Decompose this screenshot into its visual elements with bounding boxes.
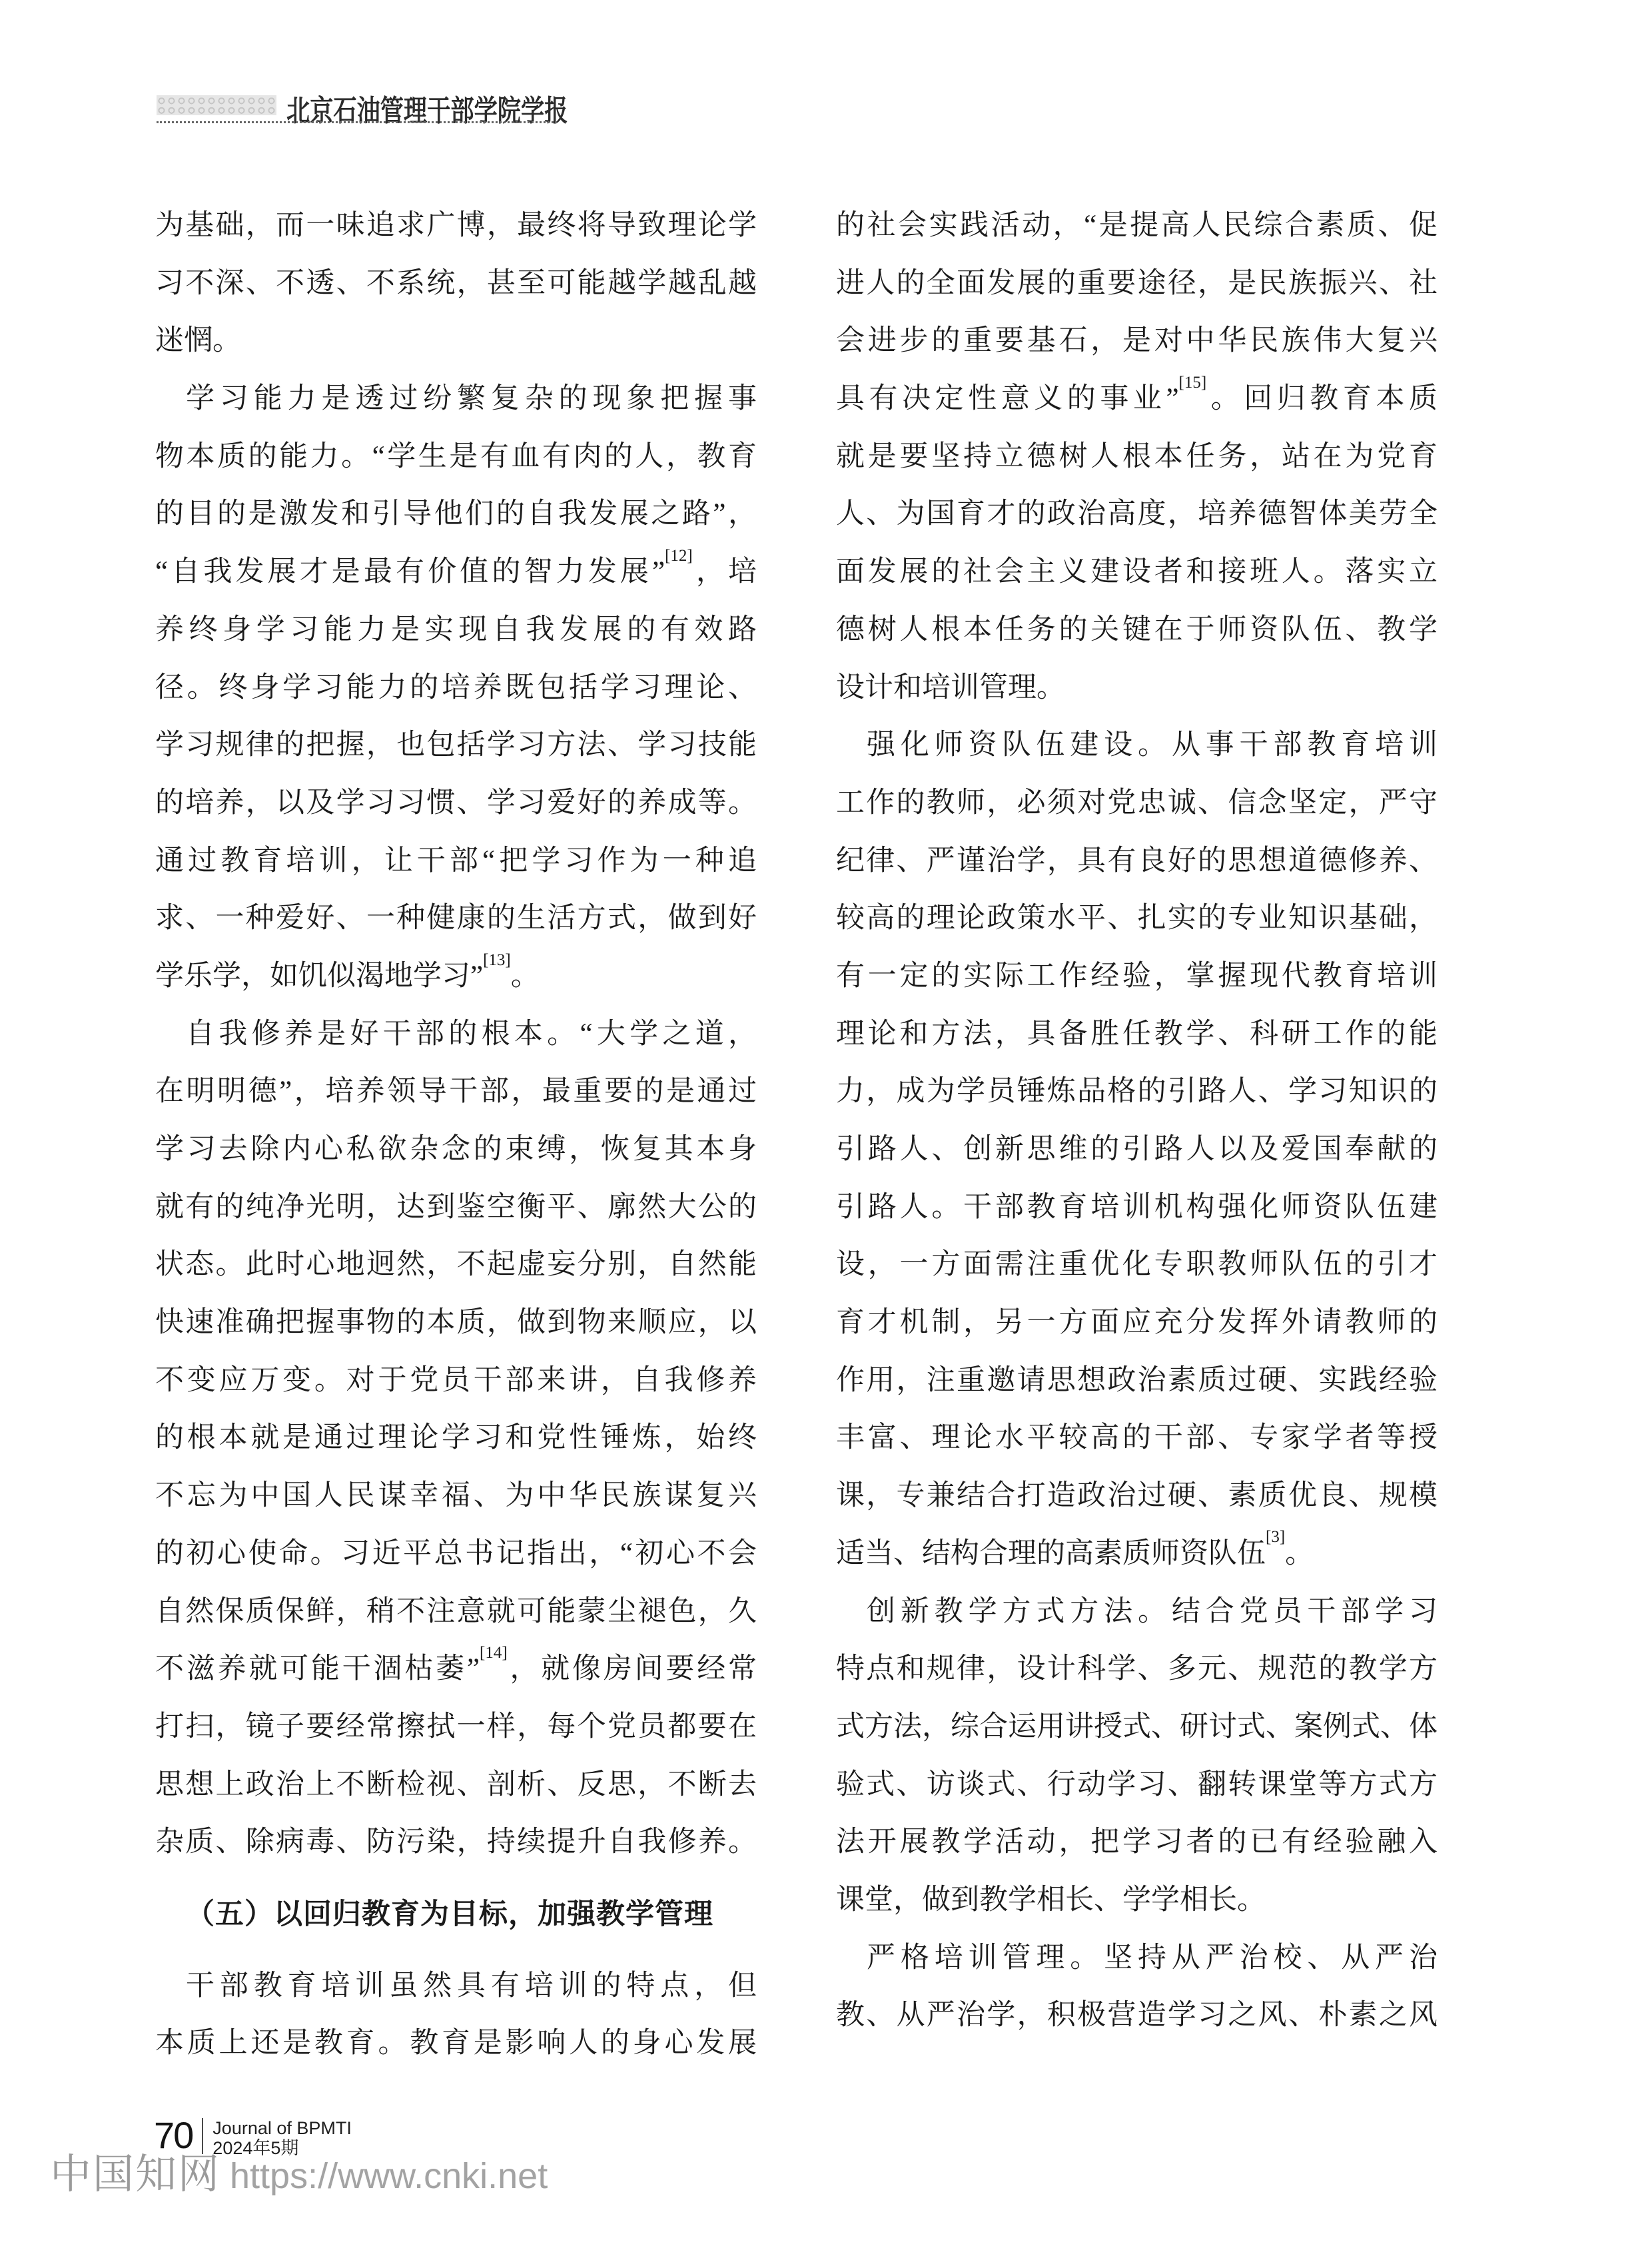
- body-text-line: 丰富、理论水平较高的干部、专家学者等授: [836, 1409, 1438, 1467]
- decorative-pattern-band: [157, 95, 276, 115]
- body-text-line: 的社会实践活动，“是提高人民综合素质、促: [836, 197, 1438, 255]
- body-text-line: 思想上政治上不断检视、剖析、反思，不断去: [155, 1756, 757, 1814]
- cnki-watermark-name: 中国知网: [50, 2154, 220, 2195]
- body-text-line: 会进步的重要基石，是对中华民族伟大复兴: [836, 312, 1438, 370]
- body-text-line: 学习能力是透过纷繁复杂的现象把握事: [155, 370, 757, 428]
- body-text-line: 不滋养就可能干涸枯萎”[14]，就像房间要经常: [155, 1641, 757, 1698]
- body-text-line: 课，专兼结合打造政治过硬、素质优良、规模: [836, 1467, 1438, 1525]
- right-text-column: 的社会实践活动，“是提高人民综合素质、促进人的全面发展的重要途径，是民族振兴、社…: [836, 197, 1438, 2045]
- body-text-line: 干部教育培训虽然具有培训的特点，但: [155, 1958, 757, 2016]
- body-text-line: 的根本就是通过理论学习和党性锤炼，始终: [155, 1409, 757, 1467]
- body-text-line: 为基础，而一味追求广博，最终将导致理论学: [155, 197, 757, 255]
- footer-meta: Journal of BPMTI 2024年5期: [212, 2118, 352, 2158]
- body-text-line: 径。终身学习能力的培养既包括学习理论、: [155, 659, 757, 717]
- body-text-line: 具有决定性意义的事业”[15]。回归教育本质: [836, 370, 1438, 428]
- body-text-line: 迷惘。: [155, 312, 757, 370]
- body-text-line: 纪律、严谨治学，具有良好的思想道德修养、: [836, 833, 1438, 891]
- body-text-line: 特点和规律，设计科学、多元、规范的教学方: [836, 1641, 1438, 1698]
- body-text-line: 适当、结构合理的高素质师资队伍[3]。: [836, 1525, 1438, 1583]
- body-text-line: 状态。此时心地迥然，不起虚妄分别，自然能: [155, 1236, 757, 1294]
- body-text-line: 杂质、除病毒、防污染，持续提升自我修养。: [155, 1814, 757, 1872]
- body-text-line: 教、从严治学，积极营造学习之风、朴素之风: [836, 1987, 1438, 2045]
- body-text-line: 打扫，镜子要经常擦拭一样，每个党员都要在: [155, 1698, 757, 1756]
- cnki-watermark-url: https://www.cnki.net: [230, 2158, 548, 2194]
- body-text-line: 引路人、创新思维的引路人以及爱国奉献的: [836, 1121, 1438, 1179]
- body-text-line: 物本质的能力。“学生是有血有肉的人，教育: [155, 428, 757, 486]
- section-heading: （五）以回归教育为目标，加强教学管理: [155, 1886, 757, 1944]
- body-text-line: 的初心使命。习近平总书记指出，“初心不会: [155, 1525, 757, 1583]
- page-number: 70: [154, 2117, 193, 2154]
- body-text-line: 较高的理论政策水平、扎实的专业知识基础，: [836, 890, 1438, 948]
- body-text-line: 习不深、不透、不系统，甚至可能越学越乱越: [155, 255, 757, 313]
- body-text-line: 进人的全面发展的重要途径，是民族振兴、社: [836, 255, 1438, 313]
- body-text-line: 不变应万变。对于党员干部来讲，自我修养: [155, 1352, 757, 1410]
- body-text-line: 的目的是激发和引导他们的自我发展之路”，: [155, 486, 757, 544]
- body-text-line: 严格培训管理。坚持从严治校、从严治: [836, 1930, 1438, 1988]
- body-text-line: 课堂，做到教学相长、学学相长。: [836, 1872, 1438, 1930]
- footer-divider: [202, 2118, 203, 2154]
- body-text-line: 求、一种爱好、一种健康的生活方式，做到好: [155, 890, 757, 948]
- body-text-line: 在明明德”，培养领导干部，最重要的是通过: [155, 1063, 757, 1121]
- body-text-line: 本质上还是教育。教育是影响人的身心发展: [155, 2015, 757, 2073]
- body-text-line: 德树人根本任务的关键在于师资队伍、教学: [836, 601, 1438, 659]
- body-text-line: 有一定的实际工作经验，掌握现代教育培训: [836, 948, 1438, 1006]
- body-text-line: 强化师资队伍建设。从事干部教育培训: [836, 717, 1438, 775]
- body-text-line: 法开展教学活动，把学习者的已有经验融入: [836, 1814, 1438, 1872]
- body-text-line: 快速准确把握事物的本质，做到物来顺应，以: [155, 1294, 757, 1352]
- citation-reference: [13]: [483, 951, 511, 969]
- footer-issue: 2024年5期: [212, 2138, 352, 2158]
- body-text-line: 不忘为中国人民谋幸福、为中华民族谋复兴: [155, 1467, 757, 1525]
- body-text-line: 学习规律的把握，也包括学习方法、学习技能: [155, 717, 757, 775]
- body-text-line: “自我发展才是最有价值的智力发展”[12]，培: [155, 544, 757, 601]
- body-text-line: 作用，注重邀请思想政治素质过硬、实践经验: [836, 1352, 1438, 1410]
- journal-page: 北京石油管理干部学院学报 为基础，而一味追求广博，最终将导致理论学习不深、不透、…: [0, 0, 1652, 2242]
- body-text-line: 就是要坚持立德树人根本任务，站在为党育: [836, 428, 1438, 486]
- citation-reference: [15]: [1179, 374, 1207, 392]
- body-text-line: 通过教育培训，让干部“把学习作为一种追: [155, 833, 757, 891]
- body-text-line: 就有的纯净光明，达到鉴空衡平、廓然大公的: [155, 1179, 757, 1237]
- body-text-line: 力，成为学员锤炼品格的引路人、学习知识的: [836, 1063, 1438, 1121]
- header-dotted-rule: [157, 121, 557, 123]
- body-text-line: 学乐学，如饥似渴地学习”[13]。: [155, 948, 757, 1006]
- citation-reference: [3]: [1266, 1528, 1285, 1546]
- citation-reference: [12]: [665, 547, 693, 565]
- body-text-line: 验式、访谈式、行动学习、翻转课堂等方式方: [836, 1756, 1438, 1814]
- left-text-column: 为基础，而一味追求广博，最终将导致理论学习不深、不透、不系统，甚至可能越学越乱越…: [155, 197, 757, 2073]
- body-text-line: 学习去除内心私欲杂念的束缚，恢复其本身: [155, 1121, 757, 1179]
- body-text-line: 育才机制，另一方面应充分发挥外请教师的: [836, 1294, 1438, 1352]
- body-text-line: 自我修养是好干部的根本。“大学之道，: [155, 1006, 757, 1064]
- body-text-line: 引路人。干部教育培训机构强化师资队伍建: [836, 1179, 1438, 1237]
- body-text-line: 养终身学习能力是实现自我发展的有效路: [155, 601, 757, 659]
- body-text-line: 设，一方面需注重优化专职教师队伍的引才: [836, 1236, 1438, 1294]
- body-text-line: 面发展的社会主义建设者和接班人。落实立: [836, 544, 1438, 601]
- body-text-line: 式方法，综合运用讲授式、研讨式、案例式、体: [836, 1698, 1438, 1756]
- body-text-line: 的培养，以及学习习惯、学习爱好的养成等。: [155, 775, 757, 833]
- body-text-line: 工作的教师，必须对党忠诚、信念坚定，严守: [836, 775, 1438, 833]
- body-text-line: 设计和培训管理。: [836, 659, 1438, 717]
- body-text-line: 创新教学方式方法。结合党员干部学习: [836, 1583, 1438, 1641]
- citation-reference: [14]: [480, 1644, 508, 1662]
- footer-journal-name: Journal of BPMTI: [212, 2118, 352, 2138]
- body-text-line: 自然保质保鲜，稍不注意就可能蒙尘褪色，久: [155, 1583, 757, 1641]
- body-text-line: 人、为国育才的政治高度，培养德智体美劳全: [836, 486, 1438, 544]
- body-text-line: 理论和方法，具备胜任教学、科研工作的能: [836, 1006, 1438, 1064]
